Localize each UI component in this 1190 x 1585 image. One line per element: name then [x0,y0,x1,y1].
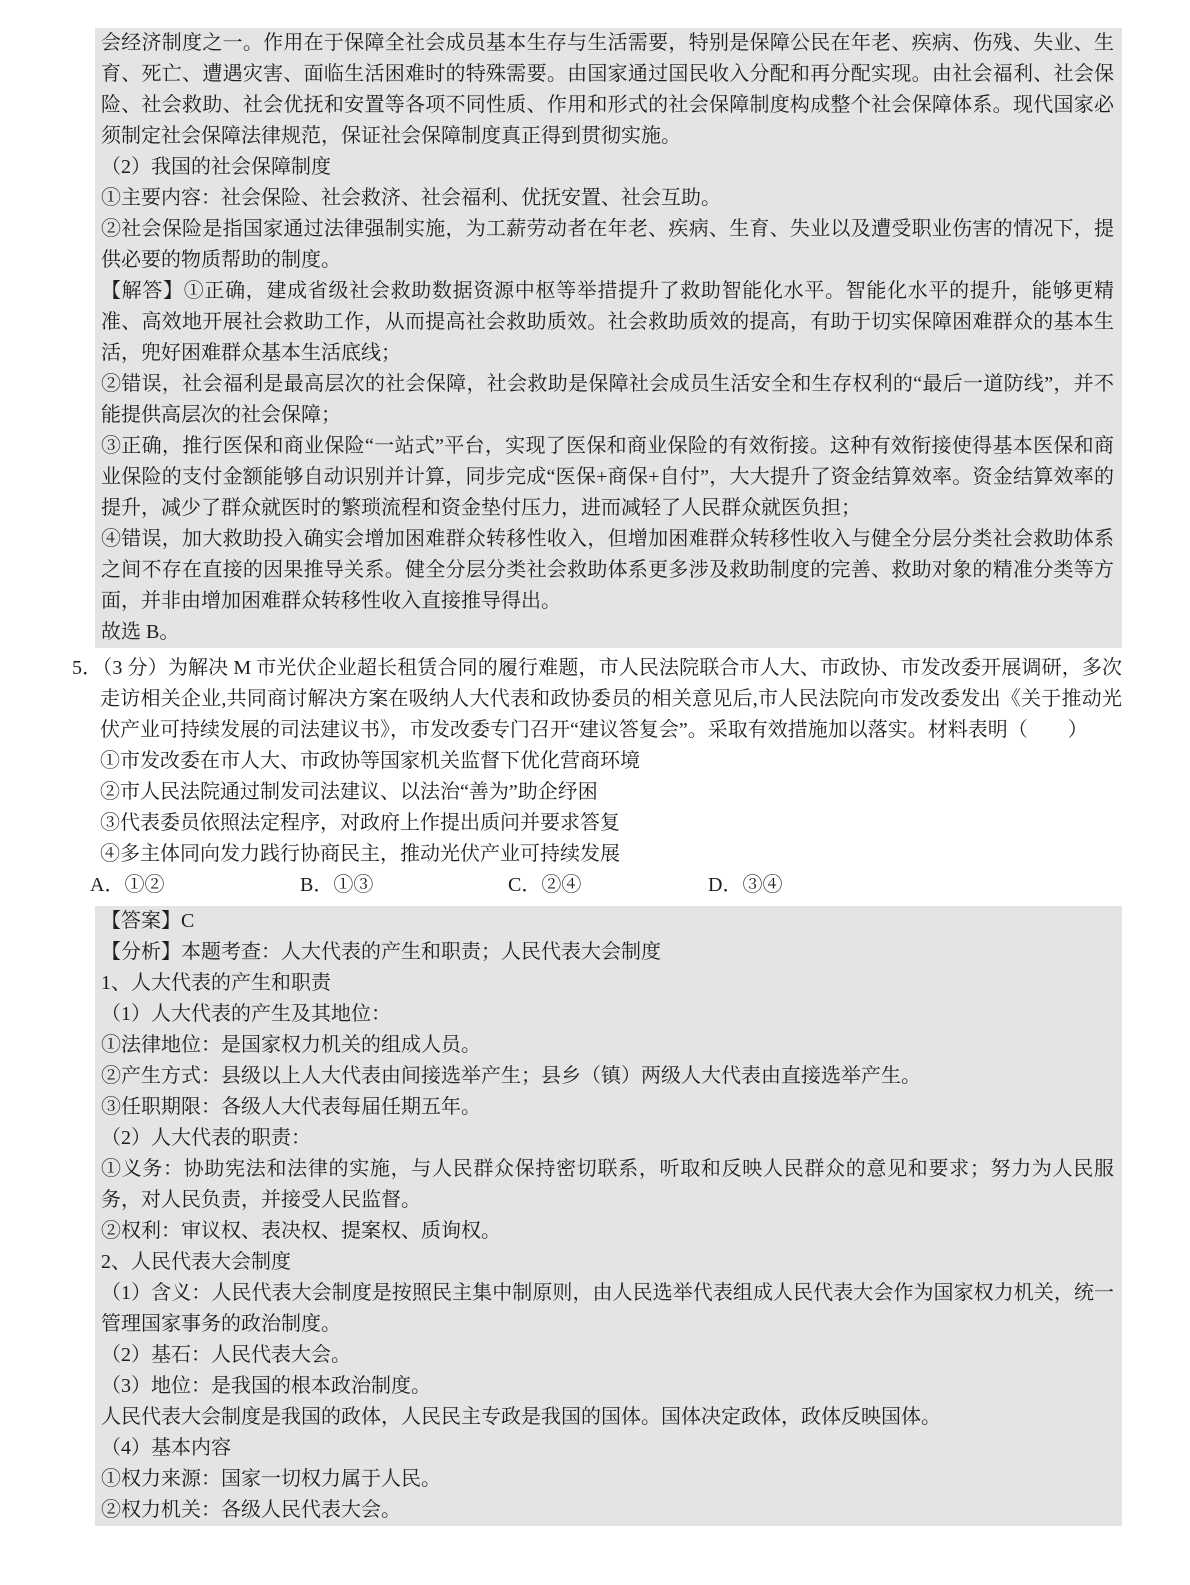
option-b: B．①③ [300,870,508,901]
analysis-paragraph: （2）基石：人民代表大会。 [101,1340,1114,1371]
explanation-paragraph: 【解答】①正确，建成省级社会救助数据资源中枢等举措提升了救助智能化水平。智能化水… [101,276,1114,369]
analysis-paragraph: ①权力来源：国家一切权力属于人民。 [101,1464,1114,1495]
explanation-paragraph: 会经济制度之一。作用在于保障全社会成员基本生存与生活需要，特别是保障公民在年老、… [101,28,1114,152]
question-statement-4: ④多主体同向发力践行协商民主，推动光伏产业可持续发展 [100,839,1122,870]
analysis-paragraph: ②权利：审议权、表决权、提案权、质询权。 [101,1216,1114,1247]
analysis-paragraph: ②产生方式：县级以上人大代表由间接选举产生；县乡（镇）两级人大代表由直接选举产生… [101,1061,1114,1092]
question-statement-1: ①市发改委在市人大、市政协等国家机关监督下优化营商环境 [100,746,1122,777]
analysis-paragraph: ②权力机关：各级人民代表大会。 [101,1495,1114,1526]
explanation-paragraph: ②错误，社会福利是最高层次的社会保障，社会救助是保障社会成员生活安全和生存权利的… [101,369,1114,431]
option-a: A．①② [90,870,300,901]
analysis-paragraph: （4）基本内容 [101,1433,1114,1464]
analysis-paragraph: ①法律地位：是国家权力机关的组成人员。 [101,1030,1114,1061]
analysis-paragraph: （1）含义：人民代表大会制度是按照民主集中制原则，由人民选举代表组成人民代表大会… [101,1278,1114,1340]
answer-conclusion: 故选 B。 [101,617,1114,648]
question-5: 5．（3 分）为解决 M 市光伏企业超长租赁合同的履行难题，市人民法院联合市人大… [72,648,1122,906]
options-row: A．①② B．①③ C．②④ D．③④ [72,870,1122,901]
answer-line: 【答案】C [101,906,1114,937]
page-top-margin [0,0,1190,28]
question-stem: 5．（3 分）为解决 M 市光伏企业超长租赁合同的履行难题，市人民法院联合市人大… [72,653,1122,746]
option-d: D．③④ [708,870,1122,901]
answer-explanation-block-q4: 会经济制度之一。作用在于保障全社会成员基本生存与生活需要，特别是保障公民在年老、… [95,28,1122,648]
question-statement-2: ②市人民法院通过制发司法建议、以法治“善为”助企纾困 [100,777,1122,808]
analysis-paragraph: 2、人民代表大会制度 [101,1247,1114,1278]
analysis-line: 【分析】本题考查：人大代表的产生和职责；人民代表大会制度 [101,937,1114,968]
analysis-paragraph: （2）人大代表的职责： [101,1123,1114,1154]
answer-explanation-block-q5: 【答案】C 【分析】本题考查：人大代表的产生和职责；人民代表大会制度 1、人大代… [95,906,1122,1526]
explanation-paragraph: ③正确，推行医保和商业保险“一站式”平台，实现了医保和商业保险的有效衔接。这种有… [101,431,1114,524]
analysis-paragraph: （1）人大代表的产生及其地位： [101,999,1114,1030]
question-statement-3: ③代表委员依照法定程序，对政府上作提出质问并要求答复 [100,808,1122,839]
option-c: C．②④ [508,870,708,901]
explanation-paragraph: ④错误，加大救助投入确实会增加困难群众转移性收入，但增加困难群众转移性收入与健全… [101,524,1114,617]
document-page: 会经济制度之一。作用在于保障全社会成员基本生存与生活需要，特别是保障公民在年老、… [0,0,1190,1585]
explanation-paragraph: ①主要内容：社会保险、社会救济、社会福利、优抚安置、社会互助。 [101,183,1114,214]
analysis-paragraph: 人民代表大会制度是我国的政体，人民民主专政是我国的国体。国体决定政体，政体反映国… [101,1402,1114,1433]
analysis-paragraph: ①义务：协助宪法和法律的实施，与人民群众保持密切联系，听取和反映人民群众的意见和… [101,1154,1114,1216]
question-stem-text: （3 分）为解决 M 市光伏企业超长租赁合同的履行难题，市人民法院联合市人大、市… [100,657,1122,741]
analysis-paragraph: 1、人大代表的产生和职责 [101,968,1114,999]
question-number: 5． [72,657,102,679]
analysis-paragraph: ③任职期限：各级人大代表每届任期五年。 [101,1092,1114,1123]
explanation-paragraph: （2）我国的社会保障制度 [101,152,1114,183]
analysis-paragraph: （3）地位：是我国的根本政治制度。 [101,1371,1114,1402]
explanation-paragraph: ②社会保险是指国家通过法律强制实施，为工薪劳动者在年老、疾病、生育、失业以及遭受… [101,214,1114,276]
